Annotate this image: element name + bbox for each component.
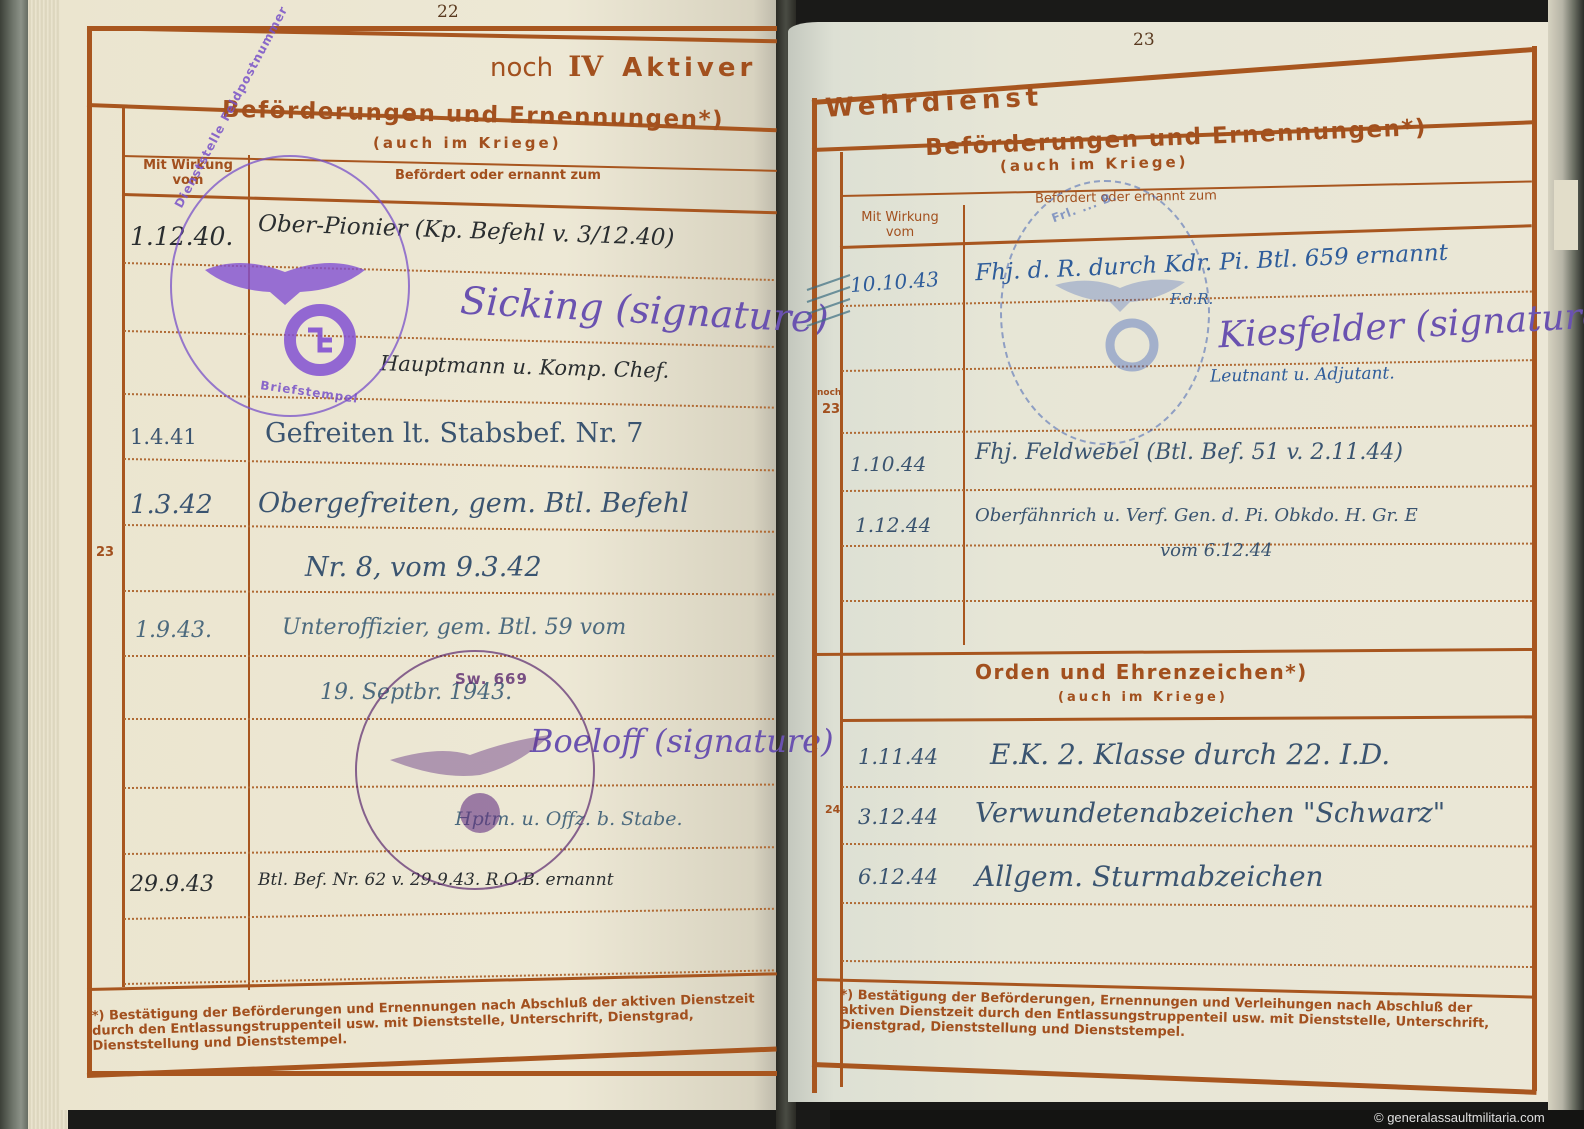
header-word: Aktiver [622,53,756,83]
entry-text: vom 6.12.44 [1160,540,1273,561]
page-tab [1554,180,1578,250]
margin-number-decorations: 24 [825,803,840,816]
entry-text: Leutnant u. Adjutant. [1210,363,1395,386]
decorations-title: Orden und Ehrenzeichen*) [975,660,1308,684]
page-number-left: 22 [437,2,459,22]
header-roman: IV [568,50,603,83]
entry-text: Obergefreiten, gem. Btl. Befehl [258,488,689,519]
right-page-edge [1548,0,1584,1129]
entry-text: Oberfähnrich u. Verf. Gen. d. Pi. Obkdo.… [975,505,1418,526]
entry-text: 19. Septbr. 1943. [320,680,512,705]
row-line [124,718,774,720]
entry-date: 1.10.44 [850,452,926,476]
entry-text: Unteroffizier, gem. Btl. 59 vom [282,615,626,640]
margin-number-right: 23 [822,402,840,417]
decoration-date: 1.11.44 [858,745,938,769]
entry-text: Hptm. u. Offz. b. Stabe. [455,808,683,830]
col-header-date: Mit Wirkung vom [850,210,950,240]
frame-left-line [812,98,817,1093]
column-divider-right [963,205,965,645]
decorations-subtitle: (auch im Kriege) [1058,690,1228,705]
row-line [124,655,774,657]
decoration-text: Allgem. Sturmabzeichen [975,860,1324,893]
col-header-rank: Befördert oder ernannt zum [395,168,601,183]
entry-text: Fhj. Feldwebel (Btl. Bef. 51 v. 2.11.44) [975,440,1403,465]
section-subtitle-left: (auch im Kriege) [373,134,562,152]
row-line [842,786,1532,788]
header-prefix: noch [490,53,553,83]
cancellation-marks [805,270,855,340]
entry-text: Btl. Bef. Nr. 62 v. 29.9.43. R.O.B. erna… [258,870,614,890]
signature: Boeloff (signature) [530,722,834,760]
header-left: noch IV Aktiver [490,50,756,83]
column-divider-left [248,155,250,990]
margin-number-left: 23 [96,545,114,560]
col-header-rank: Befördert oder ernannt zum [1035,188,1217,206]
decoration-text: Verwundetenabzeichen "Schwarz" [975,798,1445,829]
entry-text: F.d.R. [1170,290,1213,308]
frame-right-line [1532,46,1537,1091]
entry-date: 1.9.43. [135,618,212,643]
entry-date: 1.12.44 [855,513,931,537]
entry-date: 1.12.40. [130,222,233,251]
entry-text: Gefreiten lt. Stabsbef. Nr. 7 [265,418,643,449]
entry-date: 1.4.41 [130,425,197,449]
decoration-text: E.K. 2. Klasse durch 22. I.D. [990,738,1390,771]
book-spine [0,0,30,1129]
entry-text: Nr. 8, vom 9.3.42 [305,552,542,583]
margin-label-noch: noch [817,388,841,398]
entry-date: 1.3.42 [130,490,213,520]
watermark: © generalassaultmilitaria.com [1374,1110,1545,1125]
row-line [842,600,1532,602]
entry-date: 29.9.43 [130,872,214,897]
col-header-date: Mit Wirkung vom [128,158,248,188]
decoration-date: 3.12.44 [858,805,938,829]
page-number-right: 23 [1133,30,1155,50]
decoration-date: 6.12.44 [858,865,938,889]
